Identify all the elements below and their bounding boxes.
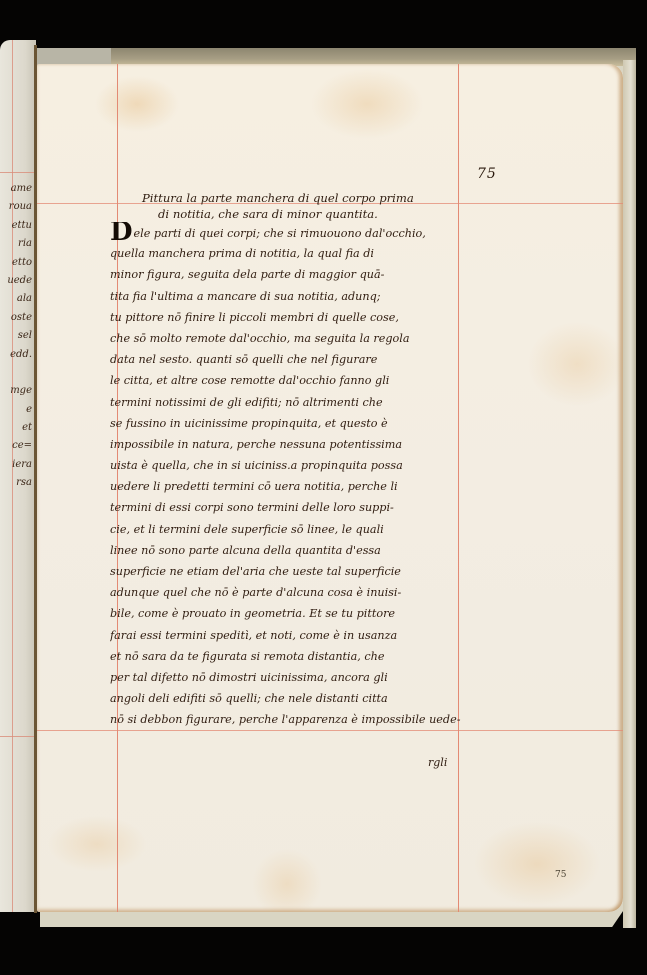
facing-fragment: ettu <box>0 217 32 235</box>
facing-fragment: mge <box>0 382 32 400</box>
text-line: quella manchera prima di notitia, la qua… <box>110 243 462 264</box>
catchword: rgli <box>428 756 447 769</box>
facing-page-ruling-top <box>0 172 36 173</box>
facing-fragment: iera <box>0 456 32 474</box>
facing-fragment: ala <box>0 290 32 308</box>
facing-fragment: uede <box>0 272 32 290</box>
text-line: superficie ne etiam del'aria che ueste t… <box>110 561 462 582</box>
text-line: se fussino in uicinissime propinquita, e… <box>110 413 462 434</box>
text-line: cie, et li termini dele superficie sō li… <box>110 519 462 540</box>
facing-fragment: et <box>0 419 32 437</box>
text-line: data nel sesto. quanti sō quelli che nel… <box>110 349 462 370</box>
text-line: le citta, et altre cose remotte dal'occh… <box>110 370 462 391</box>
facing-fragment: sel <box>0 327 32 345</box>
facing-page-ruling-bottom <box>0 736 36 737</box>
drop-cap: D <box>110 222 133 243</box>
text-line: farai essi termini speditì, et noti, com… <box>110 625 462 646</box>
text-line-content: ele parti di quei corpi; che si rimuouon… <box>134 227 426 240</box>
text-line: linee nō sono parte alcuna della quantit… <box>110 540 462 561</box>
facing-fragment: ce= <box>0 437 32 455</box>
text-line: nō si debbon figurare, perche l'apparenz… <box>110 709 462 730</box>
folio-number-handwritten: 75 <box>477 166 497 182</box>
text-line: Dele parti di quei corpi; che si rimuouo… <box>110 222 462 243</box>
text-line: minor figura, seguita dela parte di magg… <box>110 264 462 285</box>
text-line: angoli deli edifiti sō quelli; che nele … <box>110 688 462 709</box>
heading-line: di notitia, che sara di minor quantita. <box>110 206 462 222</box>
facing-fragment: ame <box>0 180 32 198</box>
facing-page-text: ame roua ettu ria etto uede ala oste sel… <box>0 180 36 493</box>
facing-fragment <box>0 364 32 382</box>
text-line: impossibile in natura, perche nessuna po… <box>110 434 462 455</box>
facing-fragment: rsa <box>0 474 32 492</box>
text-line: adunque quel che nō è parte d'alcuna cos… <box>110 582 462 603</box>
text-line: uista è quella, che in si uiciniss.a pro… <box>110 455 462 476</box>
folio-number-stamped: 75 <box>555 870 566 880</box>
facing-fragment: oste <box>0 309 32 327</box>
facing-fragment: etto <box>0 254 32 272</box>
text-line: termini notissimi de gli edifiti; nō alt… <box>110 392 462 413</box>
text-line: che sō molto remote dal'occhio, ma segui… <box>110 328 462 349</box>
text-line: uedere li predetti termini cō uera notit… <box>110 476 462 497</box>
text-line: et nō sara da te figurata si remota dist… <box>110 646 462 667</box>
text-line: termini di essi corpi sono termini delle… <box>110 497 462 518</box>
facing-fragment: edd. <box>0 346 32 364</box>
manuscript-text: Pittura la parte manchera di quel corpo … <box>110 190 462 731</box>
text-line: bile, come è prouato in geometria. Et se… <box>110 603 462 624</box>
page-fore-edge <box>623 60 636 928</box>
facing-fragment: e <box>0 401 32 419</box>
heading-line: Pittura la parte manchera di quel corpo … <box>110 190 462 206</box>
facing-fragment: ria <box>0 235 32 253</box>
facing-page-edge: ame roua ettu ria etto uede ala oste sel… <box>0 40 36 912</box>
text-line: tita fia l'ultima a mancare di sua notit… <box>110 286 462 307</box>
text-line: tu pittore nō finire li piccoli membri d… <box>110 307 462 328</box>
facing-fragment: roua <box>0 198 32 216</box>
text-line: per tal difetto nō dimostri uicinissima,… <box>110 667 462 688</box>
